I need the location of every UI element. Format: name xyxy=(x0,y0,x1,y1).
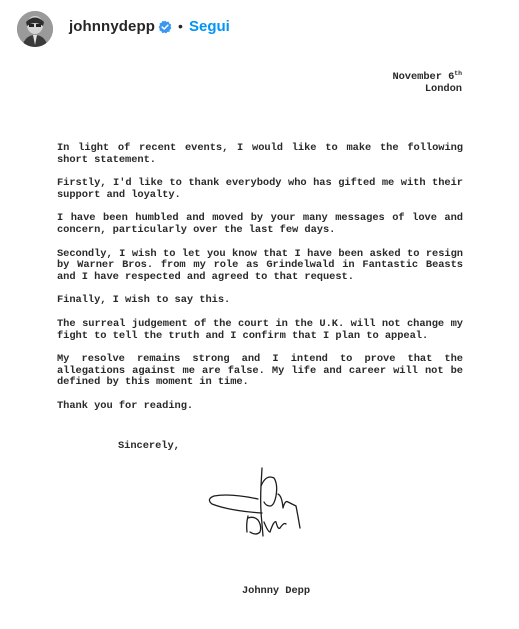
signed-name: Johnny Depp xyxy=(242,586,310,598)
letter-paragraph: Thank you for reading. xyxy=(57,401,463,413)
letter-paragraph: In light of recent events, I would like … xyxy=(57,143,463,166)
date-text: November 6 xyxy=(392,71,454,83)
letter-date-block: November 6th London xyxy=(392,72,462,95)
letter-location: London xyxy=(392,84,462,96)
avatar[interactable] xyxy=(17,11,53,47)
letter-date: November 6th xyxy=(392,72,462,84)
username-link[interactable]: johnnydepp xyxy=(69,18,155,35)
letter-paragraph: Firstly, I'd like to thank everybody who… xyxy=(57,178,463,201)
follow-button[interactable]: Segui xyxy=(189,18,230,35)
letter-paragraph: Finally, I wish to say this. xyxy=(57,295,463,307)
letter-paragraph: The surreal judgement of the court in th… xyxy=(57,319,463,342)
separator-dot: • xyxy=(178,18,183,34)
letter-paragraph: I have been humbled and moved by your ma… xyxy=(57,213,463,236)
post-header: johnnydepp • Segui xyxy=(0,0,519,56)
signature-icon xyxy=(200,466,320,541)
letter-body: In light of recent events, I would like … xyxy=(57,143,463,425)
letter-image: November 6th London In light of recent e… xyxy=(0,56,519,629)
profile-photo-icon xyxy=(17,11,53,47)
date-suffix: th xyxy=(454,70,462,77)
letter-paragraph: Secondly, I wish to let you know that I … xyxy=(57,249,463,284)
letter-closing: Sincerely, xyxy=(118,441,180,453)
letter-paragraph: My resolve remains strong and I intend t… xyxy=(57,354,463,389)
verified-badge-icon xyxy=(158,20,172,34)
